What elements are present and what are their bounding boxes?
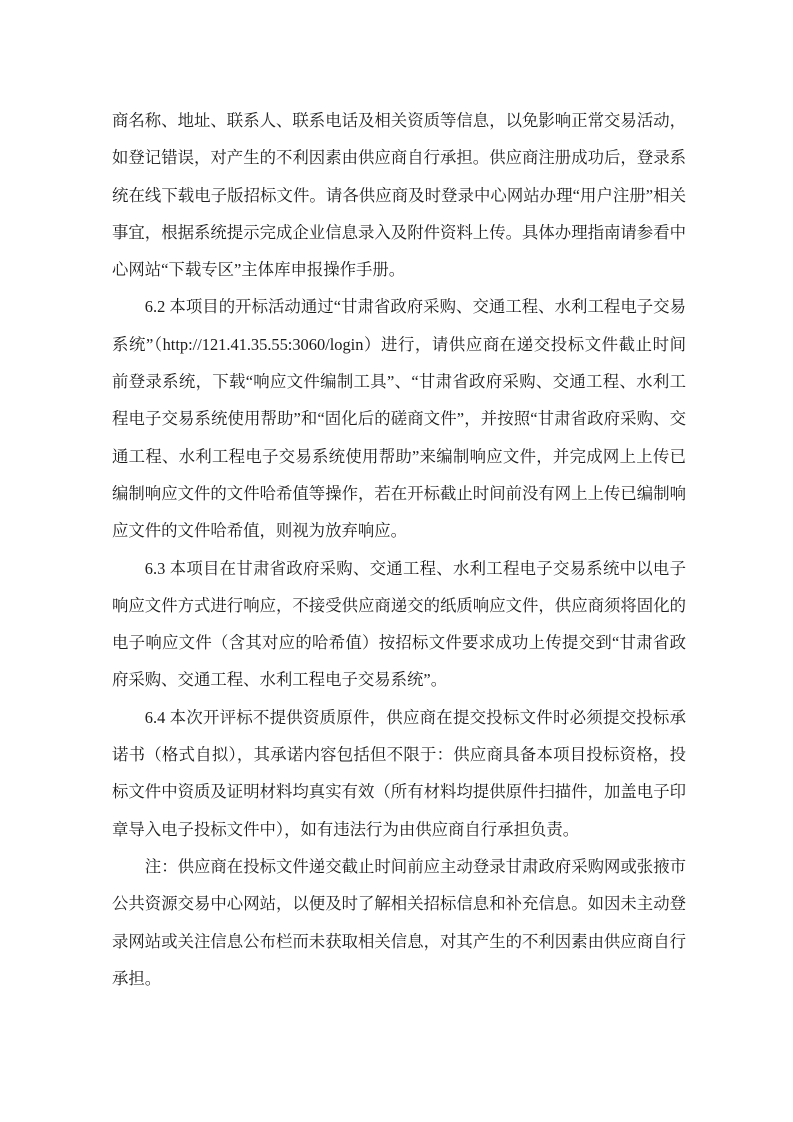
- document-body: 商名称、地址、联系人、联系电话及相关资质等信息，以免影响正常交易活动，如登记错误…: [112, 102, 686, 997]
- paragraph-note: 注：供应商在投标文件递交截止时间前应主动登录甘肃政府采购网或张掖市公共资源交易中…: [112, 848, 686, 997]
- document-page: 商名称、地址、联系人、联系电话及相关资质等信息，以免影响正常交易活动，如登记错误…: [0, 0, 793, 1122]
- paragraph-clause-6-4: 6.4 本次开评标不提供资质原件，供应商在提交投标文件时必须提交投标承诺书（格式…: [112, 699, 686, 848]
- paragraph-continuation: 商名称、地址、联系人、联系电话及相关资质等信息，以免影响正常交易活动，如登记错误…: [112, 102, 686, 288]
- paragraph-clause-6-3: 6.3 本项目在甘肃省政府采购、交通工程、水利工程电子交易系统中以电子响应文件方…: [112, 550, 686, 699]
- paragraph-clause-6-2: 6.2 本项目的开标活动通过“甘肃省政府采购、交通工程、水利工程电子交易系统”（…: [112, 288, 686, 549]
